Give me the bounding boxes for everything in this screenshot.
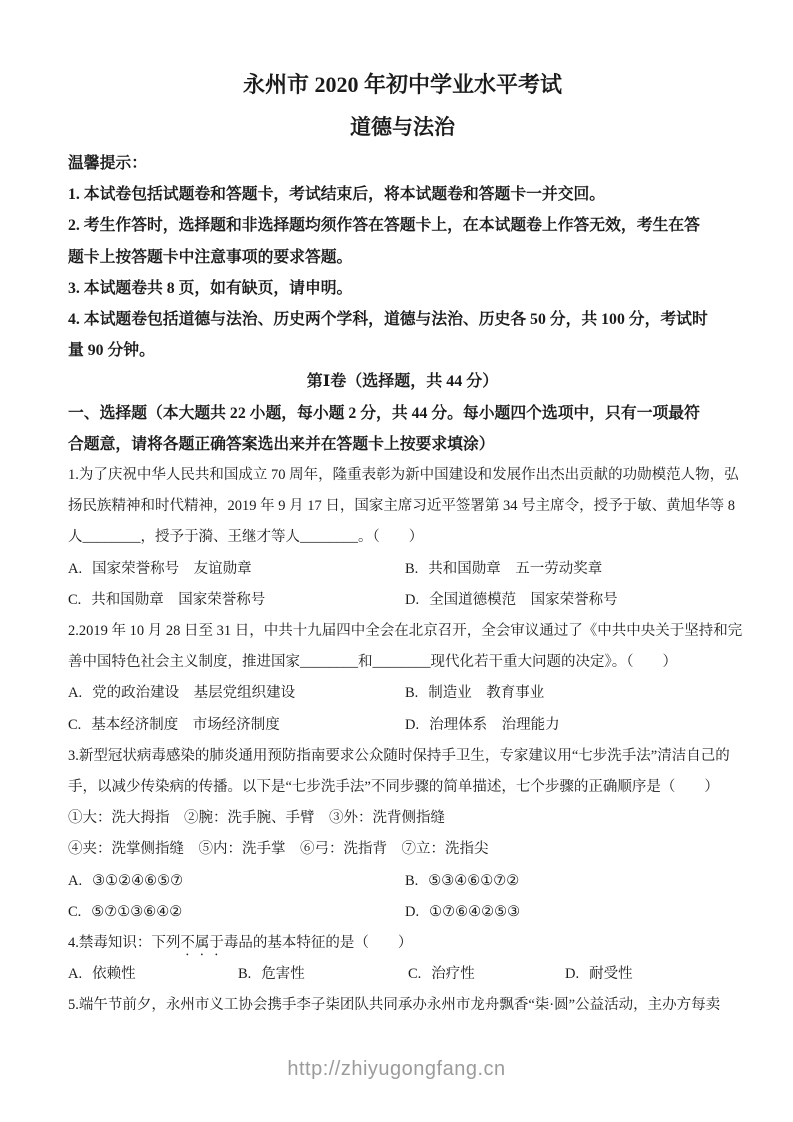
exam-body: 温馨提示： 1. 本试卷包括试题卷和答题卡，考试结束后，将本试题卷和答题卡一并交… <box>68 148 737 1022</box>
q1-option-a: A.国家荣誉称号 友谊勋章 <box>68 554 405 585</box>
notice-line-2-cont: 题卡上按答题卡中注意事项的要求答题。 <box>68 242 737 273</box>
option-letter: A. <box>68 966 82 982</box>
notice-line-1: 1. 本试卷包括试题卷和答题卡，考试结束后，将本试题卷和答题卡一并交回。 <box>68 179 737 210</box>
option-letter: B. <box>238 966 251 982</box>
exam-subject: 道德与法治 <box>68 112 737 142</box>
q3-option-a: A.③①②④⑥⑤⑦ <box>68 866 405 897</box>
option-letter: C. <box>68 717 81 733</box>
option-letter: D. <box>405 592 419 608</box>
q2-stem-line-1: 2.2019 年 10 月 28 日至 31 日，中共十九届四中全会在北京召开，… <box>68 616 737 647</box>
q1-stem-line-2: 扬民族精神和时代精神，2019 年 9 月 17 日，国家主席习近平签署第 34… <box>68 491 737 522</box>
section-title: 第Ⅰ卷（选择题，共 44 分） <box>68 366 737 397</box>
notice-heading: 温馨提示： <box>68 148 737 179</box>
option-letter: B. <box>405 561 418 577</box>
notice-line-4-cont: 量 90 分钟。 <box>68 335 737 366</box>
option-text: 耐受性 <box>589 966 633 982</box>
q4-option-c: C.治疗性 <box>408 959 565 990</box>
q4-options-row: A.依赖性 B.危害性 C.治疗性 D.耐受性 <box>68 959 737 990</box>
option-letter: D. <box>565 966 579 982</box>
q4-stem: 4.禁毒知识：下列不属于毒品的基本特征的是（ ） <box>68 928 737 959</box>
option-text: 治疗性 <box>431 966 475 982</box>
q3-option-c: C.⑤⑦①③⑥④② <box>68 897 405 928</box>
q3-stem-line-1: 3.新型冠状病毒感染的肺炎通用预防指南要求公众随时保持手卫生，专家建议用“七步洗… <box>68 741 737 772</box>
exam-title: 永州市 2020 年初中学业水平考试 <box>68 70 737 100</box>
option-letter: A. <box>68 873 82 889</box>
q3-steps-line-2: ④夹：洗掌侧指缝 ⑤内：洗手掌 ⑥弓：洗指背 ⑦立：洗指尖 <box>68 834 737 865</box>
page-content: 永州市 2020 年初中学业水平考试 道德与法治 温馨提示： 1. 本试卷包括试… <box>0 0 793 1022</box>
q1-stem-line-1: 1.为了庆祝中华人民共和国成立 70 周年，隆重表彰为新中国建设和发展作出杰出贡… <box>68 460 737 491</box>
option-text: ①⑦⑥④②⑤③ <box>429 904 520 920</box>
notice-line-2: 2. 考生作答时，选择题和非选择题均须作答在答题卡上，在本试题卷上作答无效，考生… <box>68 210 737 241</box>
option-letter: C. <box>68 592 81 608</box>
q1-option-b: B.共和国勋章 五一劳动奖章 <box>405 554 602 585</box>
q2-option-b: B.制造业 教育事业 <box>405 678 544 709</box>
q3-options-row-cd: C.⑤⑦①③⑥④② D.①⑦⑥④②⑤③ <box>68 897 737 928</box>
q3-option-d: D.①⑦⑥④②⑤③ <box>405 897 520 928</box>
option-text: ⑤⑦①③⑥④② <box>91 904 182 920</box>
q5-stem-line-1: 5.端午节前夕，永州市义工协会携手李子柒团队共同承办永州市龙舟飘香“柒·圆”公益… <box>68 990 737 1021</box>
q1-stem-line-3: 人________，授予于漪、王继才等人________。（ ） <box>68 522 737 553</box>
q2-options-row-ab: A.党的政治建设 基层党组织建设 B.制造业 教育事业 <box>68 678 737 709</box>
watermark-url: http://zhiyugongfang.cn <box>0 1058 793 1081</box>
option-text: 共和国勋章 五一劳动奖章 <box>428 561 602 577</box>
option-letter: A. <box>68 685 82 701</box>
q4-option-a: A.依赖性 <box>68 959 238 990</box>
q4-stem-prefix: 4.禁毒知识：下列 <box>68 935 180 951</box>
q2-option-c: C.基本经济制度 市场经济制度 <box>68 710 405 741</box>
q1-options-row-cd: C.共和国勋章 国家荣誉称号 D.全国道德模范 国家荣誉称号 <box>68 585 737 616</box>
exam-paper-page: 永州市 2020 年初中学业水平考试 道德与法治 温馨提示： 1. 本试卷包括试… <box>0 0 793 1122</box>
q2-options-row-cd: C.基本经济制度 市场经济制度 D.治理体系 治理能力 <box>68 710 737 741</box>
choice-intro-line-1: 一、选择题（本大题共 22 小题，每小题 2 分，共 44 分。每小题四个选项中… <box>68 398 737 429</box>
q3-option-b: B.⑤③④⑥①⑦② <box>405 866 519 897</box>
option-letter: A. <box>68 561 82 577</box>
option-text: 依赖性 <box>92 966 136 982</box>
option-text: ③①②④⑥⑤⑦ <box>92 873 183 889</box>
q1-option-c: C.共和国勋章 国家荣誉称号 <box>68 585 405 616</box>
option-letter: C. <box>68 904 81 920</box>
q1-option-d: D.全国道德模范 国家荣誉称号 <box>405 585 618 616</box>
q4-stem-emphasis: 不属于 <box>180 935 224 951</box>
q4-option-d: D.耐受性 <box>565 959 633 990</box>
option-text: 危害性 <box>261 966 305 982</box>
option-text: 制造业 教育事业 <box>428 685 544 701</box>
option-text: 基本经济制度 市场经济制度 <box>91 717 280 733</box>
q4-option-b: B.危害性 <box>238 959 408 990</box>
q4-stem-suffix: 毒品的基本特征的是（ ） <box>224 935 413 951</box>
option-text: 国家荣誉称号 友谊勋章 <box>92 561 252 577</box>
option-text: ⑤③④⑥①⑦② <box>428 873 519 889</box>
option-text: 治理体系 治理能力 <box>429 717 560 733</box>
q1-options-row-ab: A.国家荣誉称号 友谊勋章 B.共和国勋章 五一劳动奖章 <box>68 554 737 585</box>
notice-line-3: 3. 本试题卷共 8 页，如有缺页，请申明。 <box>68 273 737 304</box>
q3-options-row-ab: A.③①②④⑥⑤⑦ B.⑤③④⑥①⑦② <box>68 866 737 897</box>
q3-steps-line-1: ①大：洗大拇指 ②腕：洗手腕、手臂 ③外：洗背侧指缝 <box>68 803 737 834</box>
choice-intro-line-2: 合题意，请将各题正确答案选出来并在答题卡上按要求填涂） <box>68 429 737 460</box>
option-text: 党的政治建设 基层党组织建设 <box>92 685 295 701</box>
option-letter: C. <box>408 966 421 982</box>
option-letter: B. <box>405 873 418 889</box>
option-letter: B. <box>405 685 418 701</box>
option-text: 共和国勋章 国家荣誉称号 <box>91 592 265 608</box>
notice-line-4: 4. 本试题卷包括道德与法治、历史两个学科，道德与法治、历史各 50 分，共 1… <box>68 304 737 335</box>
q2-option-a: A.党的政治建设 基层党组织建设 <box>68 678 405 709</box>
q2-option-d: D.治理体系 治理能力 <box>405 710 560 741</box>
option-text: 全国道德模范 国家荣誉称号 <box>429 592 618 608</box>
q3-stem-line-2: 手，以减少传染病的传播。以下是“七步洗手法”不同步骤的简单描述，七个步骤的正确顺… <box>68 772 737 803</box>
q2-stem-line-2: 善中国特色社会主义制度，推进国家________和________现代化若干重大… <box>68 647 737 678</box>
option-letter: D. <box>405 904 419 920</box>
option-letter: D. <box>405 717 419 733</box>
